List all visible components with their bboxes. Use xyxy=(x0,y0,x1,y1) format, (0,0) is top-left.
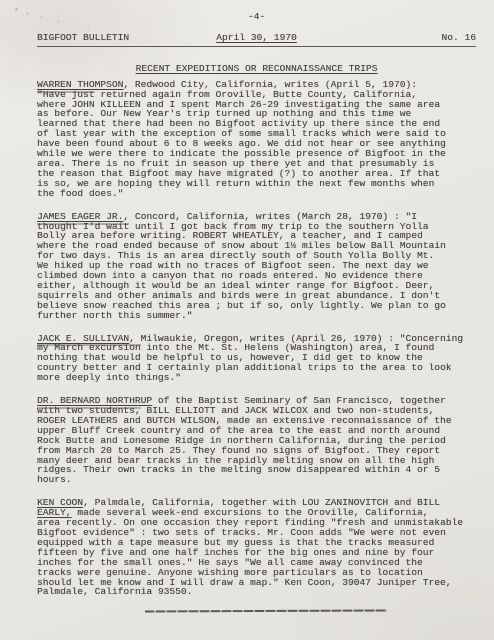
footer-divider-rule xyxy=(145,610,387,613)
underlined-name: JAMES EAGER JR. xyxy=(37,211,123,222)
bulletin-date: April 30, 1970 xyxy=(216,33,297,43)
bulletin-title: BIGFOOT BULLETIN xyxy=(37,33,129,43)
paragraph-warren-thompson: WARREN THOMPSON, Redwood City, Californi… xyxy=(37,80,476,199)
paragraph-james-eager: JAMES EAGER JR., Concord, California, wr… xyxy=(37,212,476,321)
paragraph-bernard-northrup: DR. BERNARD NORTHRUP of the Baptist Semi… xyxy=(37,396,476,485)
paragraph-text: returned again from Oroville, Butte Coun… xyxy=(37,89,446,199)
scanned-bulletin-page: -4- BIGFOOT BULLETIN April 30, 1970 No. … xyxy=(0,0,494,640)
page-number: -4- xyxy=(37,12,476,22)
section-heading: RECENT EXPEDITIONS OR RECONNAISSANCE TRI… xyxy=(136,63,378,74)
bulletin-issue-number: No. 16 xyxy=(441,33,476,43)
paragraph-text: made several week-end excursions to the … xyxy=(37,507,463,597)
paragraph-ken-coon: KEN COON, Palmdale, California, together… xyxy=(37,498,476,597)
section-heading-row: RECENT EXPEDITIONS OR RECONNAISSANCE TRI… xyxy=(37,64,476,74)
paragraph-jack-sullivan: JACK E. SULLIVAN, Milwaukie, Oregon, wri… xyxy=(37,334,476,384)
paragraph-text: BILL ELLIOTT and JACK WILCOX and two non… xyxy=(37,405,452,485)
paragraph-text: until I got back from my trip to the sou… xyxy=(37,221,446,321)
masthead: BIGFOOT BULLETIN April 30, 1970 No. 16 xyxy=(37,33,476,47)
